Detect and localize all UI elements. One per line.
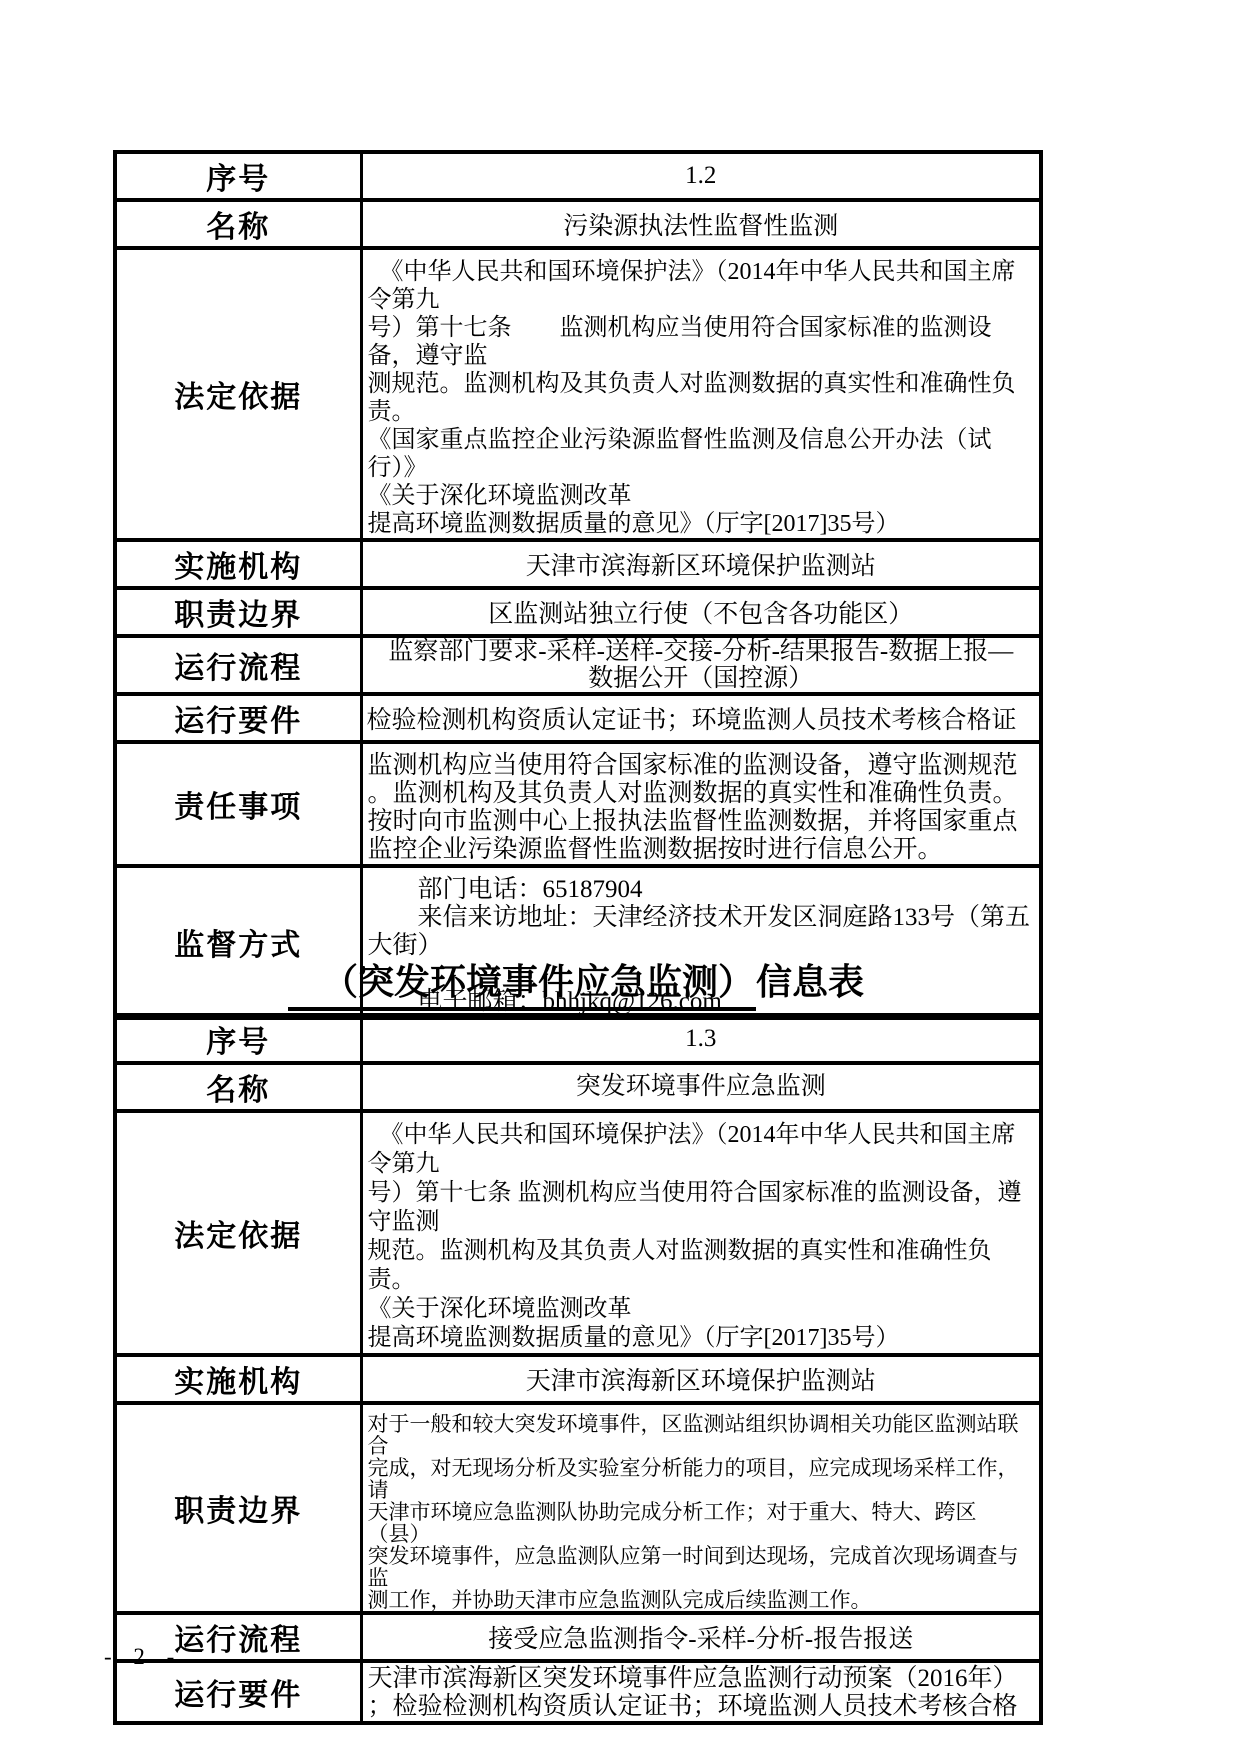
t2-label-name: 名称	[115, 1063, 361, 1111]
t1-label-serial-number: 序号	[115, 152, 361, 200]
table-row: 法定依据 《中华人民共和国环境保护法》（2014年中华人民共和国主席令第九 号）…	[115, 248, 1041, 540]
table-row: 实施机构 天津市滨海新区环境保护监测站	[115, 1355, 1041, 1403]
t2-value-operation-requirements: 天津市滨海新区突发环境事件应急监测行动预案（2016年） ；检验检测机构资质认定…	[361, 1661, 1041, 1723]
t2-value-operation-process: 接受应急监测指令-采样-分析-报告报送	[361, 1613, 1041, 1661]
table-row: 实施机构 天津市滨海新区环境保护监测站	[115, 540, 1041, 588]
table-row: 职责边界 对于一般和较大突发环境事件，区监测站组织协调相关功能区监测站联合 完成…	[115, 1403, 1041, 1613]
t2-value-implementing-agency: 天津市滨海新区环境保护监测站	[361, 1355, 1041, 1403]
t1-value-name: 污染源执法性监督性监测	[361, 200, 1041, 248]
t2-label-serial-number: 序号	[115, 1015, 361, 1063]
t2-value-serial-number: 1.3	[361, 1015, 1041, 1063]
t1-value-legal-basis: 《中华人民共和国环境保护法》（2014年中华人民共和国主席令第九 号）第十七条 …	[361, 248, 1041, 540]
t2-value-name: 突发环境事件应急监测	[361, 1063, 1041, 1111]
t1-value-responsibility-boundary: 区监测站独立行使（不包含各功能区）	[361, 588, 1041, 636]
info-table-emergency-monitoring: 序号 1.3 名称 突发环境事件应急监测 法定依据 《中华人民共和国环境保护法》…	[113, 1013, 1043, 1725]
table-row: 运行要件 检验检测机构资质认定证书；环境监测人员技术考核合格证	[115, 694, 1041, 742]
table-row: 运行要件 天津市滨海新区突发环境事件应急监测行动预案（2016年） ；检验检测机…	[115, 1661, 1041, 1723]
t1-label-responsibility-boundary: 职责边界	[115, 588, 361, 636]
section-heading-underlined: （突发环境事件应急监测）	[288, 960, 756, 1011]
section-heading-rest: 信息表	[756, 961, 864, 1002]
t1-label-responsibility-matters: 责任事项	[115, 742, 361, 866]
t2-label-responsibility-boundary: 职责边界	[115, 1403, 361, 1613]
t1-value-operation-process: 监察部门要求-采样-送样-交接-分析-结果报告-数据上报— 数据公开（国控源）	[361, 636, 1041, 694]
t1-label-name: 名称	[115, 200, 361, 248]
t2-label-implementing-agency: 实施机构	[115, 1355, 361, 1403]
t1-label-operation-requirements: 运行要件	[115, 694, 361, 742]
t1-value-responsibility-matters: 监测机构应当使用符合国家标准的监测设备，遵守监测规范 。监测机构及其负责人对监测…	[361, 742, 1041, 866]
table-row: 职责边界 区监测站独立行使（不包含各功能区）	[115, 588, 1041, 636]
section-heading: （突发环境事件应急监测）信息表	[113, 960, 1039, 1011]
table-row: 名称 突发环境事件应急监测	[115, 1063, 1041, 1111]
table-row: 运行流程 接受应急监测指令-采样-分析-报告报送	[115, 1613, 1041, 1661]
info-table-pollution-source-monitoring: 序号 1.2 名称 污染源执法性监督性监测 法定依据 《中华人民共和国环境保护法…	[113, 150, 1043, 1020]
t2-label-legal-basis: 法定依据	[115, 1111, 361, 1355]
t2-value-legal-basis: 《中华人民共和国环境保护法》（2014年中华人民共和国主席令第九 号）第十七条 …	[361, 1111, 1041, 1355]
t1-value-operation-requirements: 检验检测机构资质认定证书；环境监测人员技术考核合格证	[361, 694, 1041, 742]
t1-label-legal-basis: 法定依据	[115, 248, 361, 540]
page-number: - 2 -	[104, 1644, 182, 1670]
t1-label-implementing-agency: 实施机构	[115, 540, 361, 588]
table-row: 责任事项 监测机构应当使用符合国家标准的监测设备，遵守监测规范 。监测机构及其负…	[115, 742, 1041, 866]
table-row: 名称 污染源执法性监督性监测	[115, 200, 1041, 248]
document-page: 序号 1.2 名称 污染源执法性监督性监测 法定依据 《中华人民共和国环境保护法…	[0, 0, 1241, 1754]
table-row: 序号 1.2	[115, 152, 1041, 200]
t1-label-operation-process: 运行流程	[115, 636, 361, 694]
table-row: 运行流程 监察部门要求-采样-送样-交接-分析-结果报告-数据上报— 数据公开（…	[115, 636, 1041, 694]
t2-label-operation-requirements: 运行要件	[115, 1661, 361, 1723]
t1-value-serial-number: 1.2	[361, 152, 1041, 200]
table-row: 法定依据 《中华人民共和国环境保护法》（2014年中华人民共和国主席令第九 号）…	[115, 1111, 1041, 1355]
table-row: 序号 1.3	[115, 1015, 1041, 1063]
t1-value-implementing-agency: 天津市滨海新区环境保护监测站	[361, 540, 1041, 588]
t2-value-responsibility-boundary: 对于一般和较大突发环境事件，区监测站组织协调相关功能区监测站联合 完成，对无现场…	[361, 1403, 1041, 1613]
